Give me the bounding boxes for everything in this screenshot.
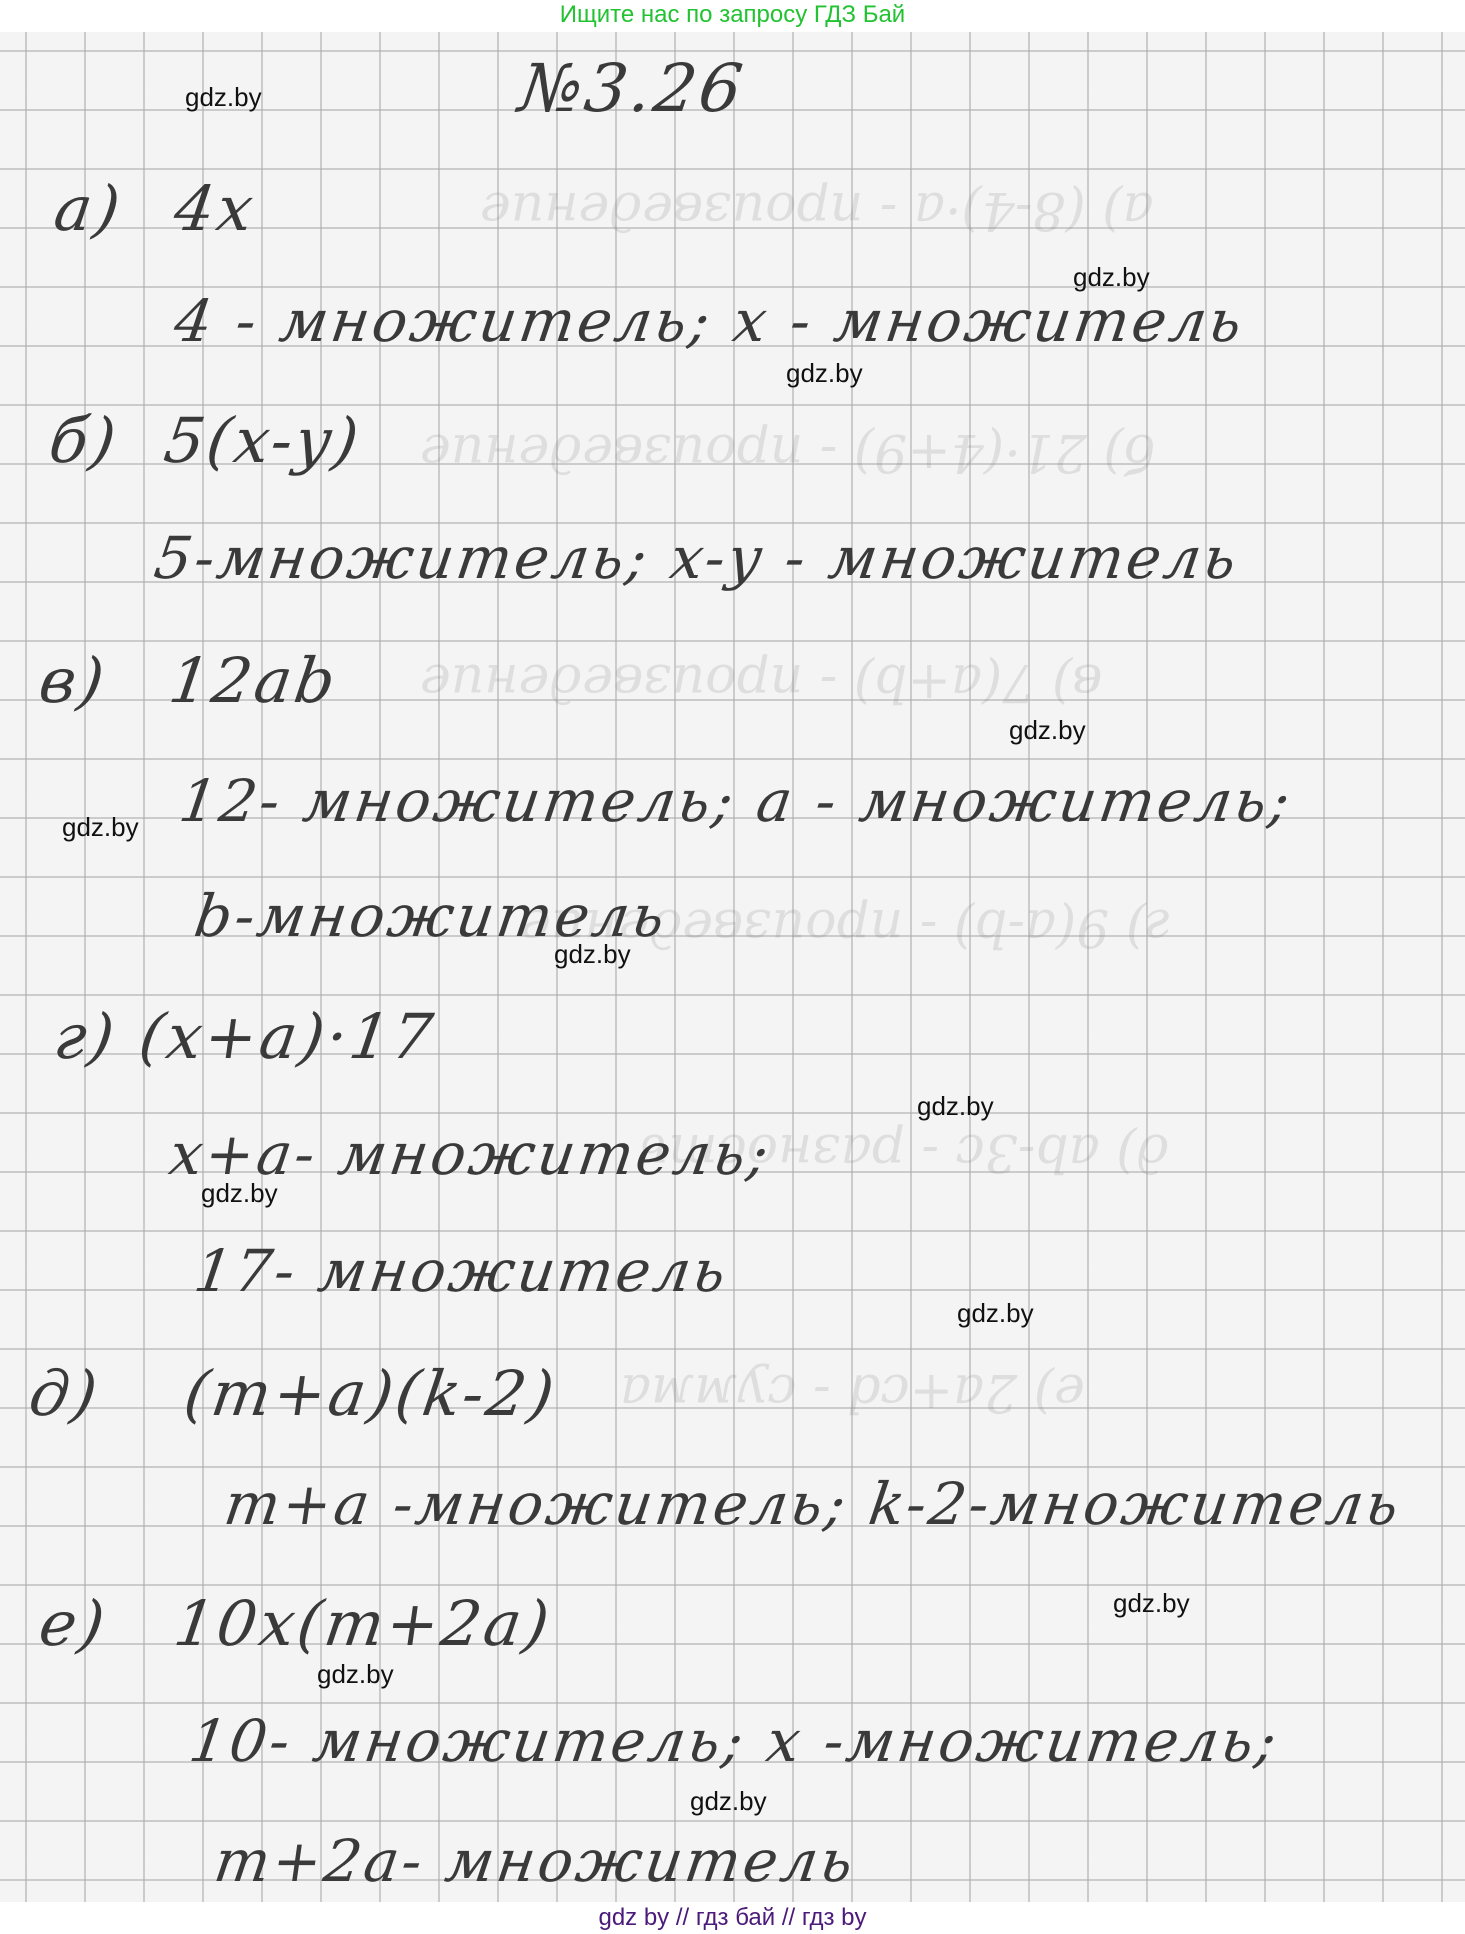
footer-links: gdz by // гдз бай // гдз by <box>0 1902 1465 1934</box>
bleed-through-line: а) (8-4)·a - произведение <box>480 180 1154 240</box>
part-label: б) <box>45 404 123 477</box>
watermark: gdz.by <box>317 1659 394 1690</box>
watermark: gdz.by <box>185 82 262 113</box>
watermark: gdz.by <box>554 939 631 970</box>
watermark: gdz.by <box>62 812 139 843</box>
part-answer: 10- множитель; x -множитель; <box>185 1707 1283 1775</box>
watermark: gdz.by <box>201 1178 278 1209</box>
notebook-page: а) (8-4)·a - произведение б) 21·(4+9) - … <box>0 32 1465 1902</box>
watermark: gdz.by <box>1113 1588 1190 1619</box>
part-label: д) <box>25 1357 105 1430</box>
watermark: gdz.by <box>1073 262 1150 293</box>
part-expression: 4x <box>170 172 261 245</box>
bleed-through-line: б) 21·(4+9) - произведение <box>420 422 1155 482</box>
part-label: е) <box>35 1587 112 1660</box>
watermark: gdz.by <box>1009 715 1086 746</box>
part-answer: 17- множитель <box>190 1237 733 1305</box>
part-expression: 12ab <box>165 644 343 717</box>
part-label: в) <box>35 644 112 717</box>
part-label: а) <box>50 172 127 245</box>
bleed-through-line: в) 7(a+b) - произведение <box>420 652 1102 712</box>
part-expression: 5(x-y) <box>160 404 366 477</box>
watermark: gdz.by <box>957 1298 1034 1329</box>
problem-number: №3.26 <box>515 50 750 127</box>
part-answer: 5-множитель; x-y - множитель <box>150 524 1243 592</box>
bleed-through-line: е) 2a+cd - сумма <box>620 1362 1085 1422</box>
watermark: gdz.by <box>917 1091 994 1122</box>
part-answer: 4 - множитель; x - множитель <box>170 287 1249 355</box>
watermark: gdz.by <box>690 1786 767 1817</box>
part-expression: (x+a)·17 <box>135 1000 440 1073</box>
part-answer: 12- множитель; a - множитель; <box>175 767 1297 835</box>
part-label: г) <box>50 1000 122 1073</box>
watermark: gdz.by <box>786 358 863 389</box>
part-expression: 10x(m+2a) <box>170 1587 557 1660</box>
part-expression: (m+a)(k-2) <box>180 1357 562 1430</box>
part-answer: m+a -множитель; k-2-множитель <box>220 1470 1406 1538</box>
top-banner: Ищите нас по запросу ГДЗ Бай <box>0 0 1465 32</box>
part-answer: m+2a- множитель <box>210 1827 860 1895</box>
